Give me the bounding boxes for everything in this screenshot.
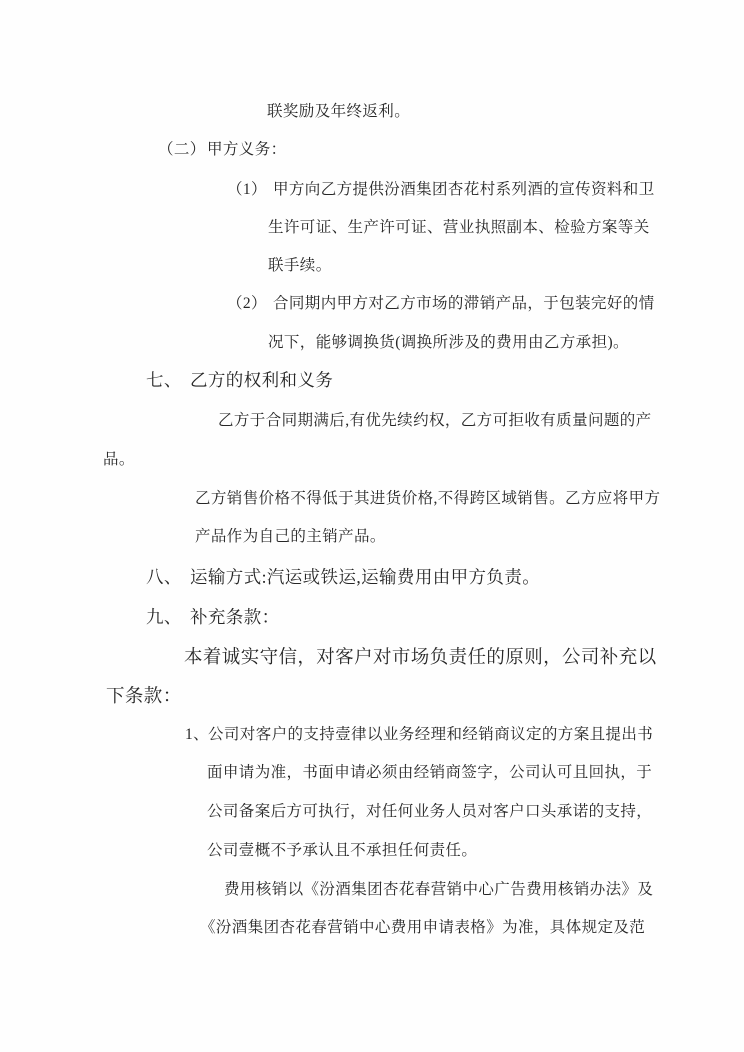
heading-party-a-marker: （二） — [158, 137, 207, 159]
document-page: 联奖励及年终返利。 （二）甲方义务： （1）甲方向乙方提供汾酒集团杏花村系列酒的… — [0, 0, 744, 1052]
supplementary-clause-1-line-2: 面申请为准，书面申请必须由经销商签字，公司认可且回执，于 — [207, 760, 652, 782]
supplementary-clause-1-line-3: 公司备案后方可执行，对任何业务人员对客户口头承诺的支持， — [207, 799, 652, 821]
section-9-intro-line-2: 下条款： — [106, 682, 182, 708]
obligation-item-2-marker: （2） — [227, 291, 273, 313]
supplementary-clause-1-line-4: 公司壹概不予承认且不承担任何责任。 — [207, 838, 477, 860]
section-7-para-2-line-2: 产品作为自己的主销产品。 — [195, 524, 386, 546]
obligation-item-1-line-3: 联手续。 — [268, 253, 332, 275]
section-9-title: 补充条款： — [190, 607, 280, 627]
obligation-item-1-line-2: 生许可证、生产许可证、营业执照副本、检验方案等关 — [268, 215, 650, 237]
section-8-title: 运输方式:汽运或铁运,运输费用由甲方负责。 — [190, 567, 540, 587]
obligation-item-1-marker: （1） — [227, 177, 273, 199]
obligation-item-1-text: 甲方向乙方提供汾酒集团杏花村系列酒的宣传资料和卫 — [273, 181, 655, 198]
carryover-line: 联奖励及年终返利。 — [267, 99, 410, 121]
heading-party-a-obligations: （二）甲方义务： — [158, 137, 287, 159]
obligation-item-1-line-1: （1）甲方向乙方提供汾酒集团杏花村系列酒的宣传资料和卫 — [227, 177, 655, 199]
section-7-marker: 七、 — [146, 367, 190, 392]
supplementary-clause-1-marker: 1、 — [185, 722, 208, 744]
section-7-para-1-line-2: 品。 — [103, 447, 135, 469]
section-7-heading: 七、乙方的权利和义务 — [146, 367, 333, 392]
obligation-item-2-line-1: （2）合同期内甲方对乙方市场的滞销产品，于包装完好的情 — [227, 291, 655, 313]
section-8-marker: 八、 — [146, 564, 190, 589]
supplementary-clause-2-line-1: 费用核销以《汾酒集团杏花春营销中心广告费用核销办法》及 — [224, 877, 653, 899]
section-9-heading: 九、补充条款： — [146, 604, 280, 629]
obligation-item-2-text: 合同期内甲方对乙方市场的滞销产品，于包装完好的情 — [273, 295, 655, 312]
section-7-para-2-line-1: 乙方销售价格不得低于其进货价格,不得跨区域销售。乙方应将甲方 — [195, 486, 660, 508]
supplementary-clause-2-line-2: 《汾酒集团杏花春营销中心费用申请表格》为准，具体规定及范 — [200, 915, 645, 937]
heading-party-a-text: 甲方义务： — [207, 141, 287, 158]
section-9-marker: 九、 — [146, 604, 190, 629]
section-9-intro-line-1: 本着诚实守信，对客户对市场负责任的原则，公司补充以 — [184, 643, 657, 669]
obligation-item-2-line-2: 况下，能够调换货(调换所涉及的费用由乙方承担)。 — [268, 330, 629, 352]
section-7-title: 乙方的权利和义务 — [190, 370, 333, 390]
supplementary-clause-1-text: 公司对客户的支持壹律以业务经理和经销商议定的方案且提出书 — [208, 726, 653, 743]
section-8-heading: 八、运输方式:汽运或铁运,运输费用由甲方负责。 — [146, 564, 540, 589]
supplementary-clause-1-line-1: 1、公司对客户的支持壹律以业务经理和经销商议定的方案且提出书 — [185, 722, 653, 744]
section-7-para-1-line-1: 乙方于合同期满后,有优先续约权，乙方可拒收有质量问题的产 — [218, 408, 652, 430]
